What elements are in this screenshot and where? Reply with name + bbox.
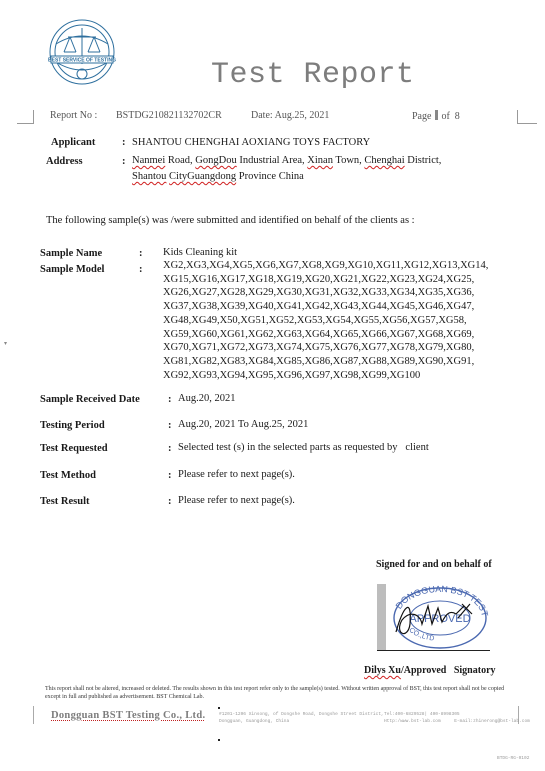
footer-web-email: Http:/www.bst-lab.com E-mail:zhinerong@b… <box>384 718 530 725</box>
approved-stamp: DONGGUAN BST TESTING CO.,LTD APPROVED <box>386 584 490 650</box>
footer-email: E-mail:zhinerong@bst-lab.com <box>454 719 530 724</box>
footer-web: Http:/www.bst-lab.com <box>384 719 441 724</box>
page-indicator: Page 1 of 8 <box>412 110 460 122</box>
applicant-value: SHANTOU CHENGHAI AOXIANG TOYS FACTORY <box>132 137 370 148</box>
cursor-dot <box>218 707 220 709</box>
sample-name-label: Sample Name <box>40 248 102 259</box>
colon: : <box>122 156 126 167</box>
colon: : <box>168 443 172 454</box>
page-label: Page <box>412 111 431 122</box>
intro-text: The following sample(s) was /were submit… <box>46 215 415 226</box>
header-corner-mark <box>33 110 34 124</box>
footer-corner-mark <box>33 706 34 724</box>
testing-period-label: Testing Period <box>40 420 105 431</box>
sample-model-label: Sample Model <box>40 264 104 275</box>
page-of-label: of <box>441 111 449 122</box>
footer-tel: Tel:400-6829528| 400-8998305 <box>384 711 530 718</box>
margin-marker-icon: ▾ <box>4 340 7 347</box>
test-requested-value: Selected test (s) in the selected parts … <box>178 442 429 453</box>
signature-line <box>377 650 490 651</box>
model-line: XG92,XG93,XG94,XG95,XG96,XG97,XG98,XG99,… <box>163 369 508 383</box>
report-date: Date: Aug.25, 2021 <box>251 110 329 121</box>
test-result-label: Test Result <box>40 496 90 507</box>
model-line: XG48,XG49,X50,XG51,XG52,XG53,XG54,XG55,X… <box>163 314 508 328</box>
svg-text:CO.,LTD: CO.,LTD <box>408 627 435 643</box>
model-line: XG59,XG60,XG61,XG62,XG63,XG64,XG65,XG66,… <box>163 328 508 342</box>
test-method-value: Please refer to next page(s). <box>178 469 295 480</box>
address-line-1: Nanmei Road, GongDou Industrial Area, Xi… <box>132 155 441 166</box>
header-corner-mark <box>17 123 33 124</box>
sample-model-list: XG2,XG3,XG4,XG5,XG6,XG7,XG8,XG9,XG10,XG1… <box>163 259 508 382</box>
page-total: 8 <box>455 111 460 122</box>
address-line-2: Shantou CityGuangdong Province China <box>132 171 304 182</box>
test-result-value: Please refer to next page(s). <box>178 495 295 506</box>
sample-received-date-value: Aug.20, 2021 <box>178 393 235 404</box>
colon: : <box>168 420 172 431</box>
signatory-name: Dilys Xu <box>364 665 401 676</box>
date-label: Date: <box>251 110 273 121</box>
colon: : <box>139 248 143 259</box>
applicant-label: Applicant <box>51 137 95 148</box>
report-no-label: Report No : <box>50 110 97 121</box>
model-line: XG70,XG71,XG72,XG73,XG74,XG75,XG76,XG77,… <box>163 341 508 355</box>
footer-contact: Tel:400-6829528| 400-8998305 Http:/www.b… <box>384 711 530 725</box>
model-line: XG26,XG27,XG28,XG29,XG30,XG31,XG32,XG33,… <box>163 286 508 300</box>
address-label: Address <box>46 156 83 167</box>
disclaimer-text: This report shall not be altered, increa… <box>45 685 515 701</box>
scales-of-justice-seal-icon: BEST SERVICE OF TESTING <box>48 18 116 86</box>
footer-company-name: Dongguan BST Testing Co., Ltd. <box>51 710 205 721</box>
signatory-title: /Approved Signatory <box>401 665 496 676</box>
signature-heading: Signed for and on behalf of <box>376 559 492 570</box>
test-method-label: Test Method <box>40 470 96 481</box>
model-line: XG81,XG82,XG83,XG84,XG85,XG86,XG87,XG88,… <box>163 355 508 369</box>
form-code: BTDG-RG-0102 <box>497 756 529 761</box>
model-line: XG2,XG3,XG4,XG5,XG6,XG7,XG8,XG9,XG10,XG1… <box>163 259 508 273</box>
header-corner-mark <box>517 110 518 124</box>
test-requested-label: Test Requested <box>40 443 108 454</box>
model-line: XG15,XG16,XG17,XG18,XG19,XG20,XG21,XG22,… <box>163 273 508 287</box>
footer-address-line-1: #1201-1206 Xinsong, of Dongshe Road, Don… <box>219 711 384 718</box>
sample-received-date-label: Sample Received Date <box>40 394 140 405</box>
testing-period-value: Aug.20, 2021 To Aug.25, 2021 <box>178 419 308 430</box>
colon: : <box>139 264 143 275</box>
footer-address-line-2: Dongguan, Guangdong, China <box>219 718 384 725</box>
company-logo: BEST SERVICE OF TESTING <box>48 18 116 86</box>
colon: : <box>122 137 126 148</box>
footer-address: #1201-1206 Xinsong, of Dongshe Road, Don… <box>219 711 384 725</box>
signatory: Dilys Xu/Approved Signatory <box>364 665 496 676</box>
colon: : <box>168 470 172 481</box>
approved-stamp-icon: DONGGUAN BST TESTING CO.,LTD APPROVED <box>386 584 490 650</box>
signature-image-border <box>377 584 386 650</box>
header-corner-mark <box>517 123 537 124</box>
text-cursor <box>435 110 438 120</box>
report-no: BSTDG21082113270​2CR <box>116 110 222 121</box>
cursor-dot <box>218 739 220 741</box>
date-value: Aug.25, 2021 <box>275 110 330 121</box>
colon: : <box>168 496 172 507</box>
model-line: XG37,XG38,XG39,XG40,XG41,XG42,XG43,XG44,… <box>163 300 508 314</box>
sample-name-value: Kids Cleaning kit <box>163 247 237 258</box>
page-title: Test Report <box>211 58 415 92</box>
colon: : <box>168 394 172 405</box>
svg-text:BEST SERVICE OF TESTING: BEST SERVICE OF TESTING <box>48 58 116 64</box>
